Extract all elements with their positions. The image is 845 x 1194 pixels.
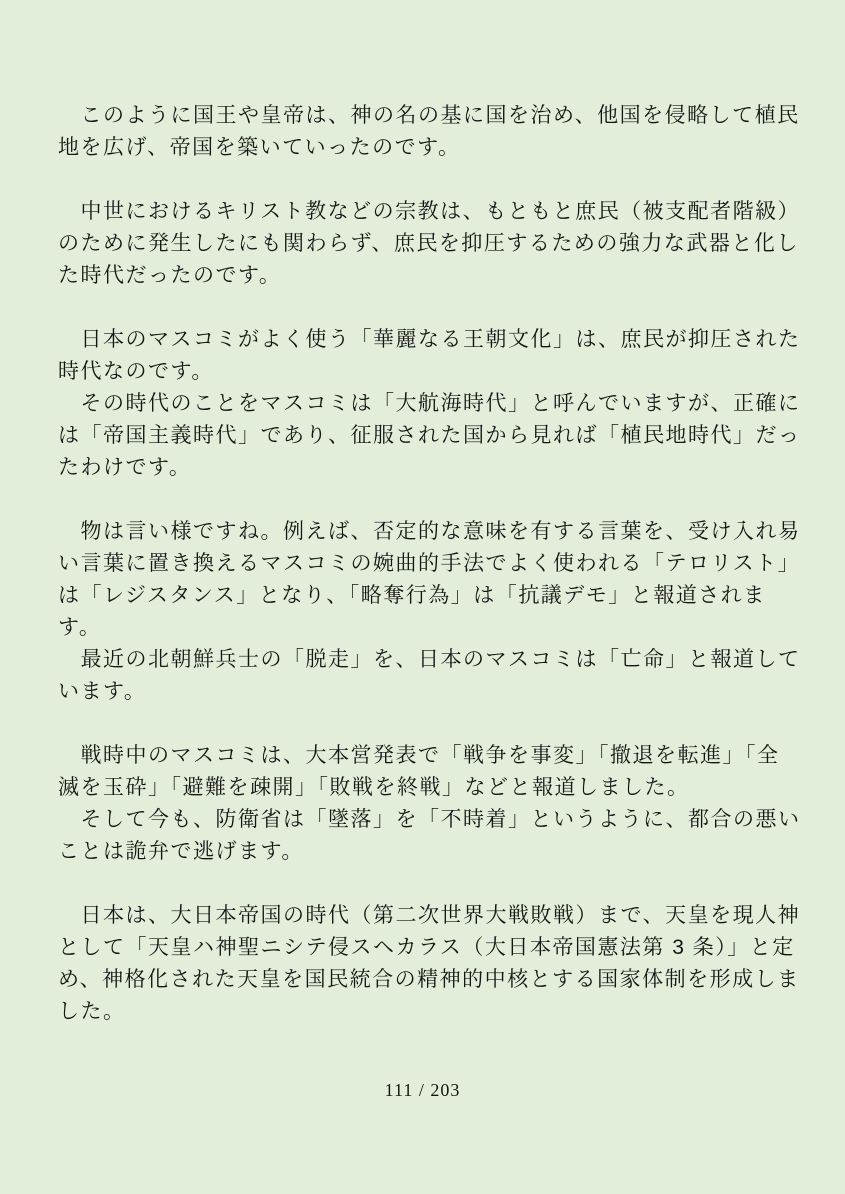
text-line: ことは詭弁で逃げます。	[58, 836, 787, 868]
text-line: め、神格化された天皇を国民統合の精神的中核とする国家体制を形成しま	[58, 964, 787, 996]
text-line: 日本は、大日本帝国の時代（第二次世界大戦敗戦）まで、天皇を現人神	[58, 900, 787, 932]
text-line: は「帝国主義時代」であり、征服された国から見れば「植民地時代」だっ	[58, 420, 787, 452]
text-block: 中世におけるキリスト教などの宗教は、もともと庶民（被支配者階級）のために発生した…	[58, 196, 787, 292]
text-line: 中世におけるキリスト教などの宗教は、もともと庶民（被支配者階級）	[58, 196, 787, 228]
paragraph: 最近の北朝鮮兵士の「脱走」を、日本のマスコミは「亡命」と報道しています。	[58, 644, 787, 708]
text-line: い言葉に置き換えるマスコミの婉曲的手法でよく使われる「テロリスト」	[58, 548, 787, 580]
text-line: た時代だったのです。	[58, 260, 787, 292]
text-line: として「天皇ハ神聖ニシテ侵スヘカラス（大日本帝国憲法第 3 条）」と定	[58, 932, 787, 964]
text-line: たわけです。	[58, 452, 787, 484]
text-line: 最近の北朝鮮兵士の「脱走」を、日本のマスコミは「亡命」と報道して	[58, 644, 787, 676]
text-line: 物は言い様ですね。例えば、否定的な意味を有する言葉を、受け入れ易	[58, 516, 787, 548]
page-text: このように国王や皇帝は、神の名の基に国を治め、他国を侵略して植民地を広げ、帝国を…	[58, 100, 787, 1028]
text-line: 時代なのです。	[58, 356, 787, 388]
text-line: その時代のことをマスコミは「大航海時代」と呼んでいますが、正確に	[58, 388, 787, 420]
paragraph: このように国王や皇帝は、神の名の基に国を治め、他国を侵略して植民地を広げ、帝国を…	[58, 100, 787, 164]
text-block: このように国王や皇帝は、神の名の基に国を治め、他国を侵略して植民地を広げ、帝国を…	[58, 100, 787, 164]
text-line: 戦時中のマスコミは、大本営発表で「戦争を事変」「撤退を転進」「全	[58, 740, 787, 772]
text-block: 戦時中のマスコミは、大本営発表で「戦争を事変」「撤退を転進」「全滅を玉砕」「避難…	[58, 740, 787, 868]
text-line: 滅を玉砕」「避難を疎開」「敗戦を終戦」などと報道しました。	[58, 772, 787, 804]
text-line: そして今も、防衛省は「墜落」を「不時着」というように、都合の悪い	[58, 804, 787, 836]
page-number: 111 / 203	[0, 1080, 845, 1101]
text-line: は「レジスタンス」となり、「略奪行為」は「抗議デモ」と報道されま	[58, 580, 787, 612]
text-line: した。	[58, 996, 787, 1028]
paragraph: 中世におけるキリスト教などの宗教は、もともと庶民（被支配者階級）のために発生した…	[58, 196, 787, 292]
text-line: す。	[58, 612, 787, 644]
text-line: 地を広げ、帝国を築いていったのです。	[58, 132, 787, 164]
text-line: のために発生したにも関わらず、庶民を抑圧するための強力な武器と化し	[58, 228, 787, 260]
text-block: 日本のマスコミがよく使う「華麗なる王朝文化」は、庶民が抑圧された時代なのです。 …	[58, 324, 787, 484]
book-page: このように国王や皇帝は、神の名の基に国を治め、他国を侵略して植民地を広げ、帝国を…	[0, 0, 845, 1194]
text-line: 日本のマスコミがよく使う「華麗なる王朝文化」は、庶民が抑圧された	[58, 324, 787, 356]
paragraph: 戦時中のマスコミは、大本営発表で「戦争を事変」「撤退を転進」「全滅を玉砕」「避難…	[58, 740, 787, 804]
paragraph: そして今も、防衛省は「墜落」を「不時着」というように、都合の悪いことは詭弁で逃げ…	[58, 804, 787, 868]
text-block: 物は言い様ですね。例えば、否定的な意味を有する言葉を、受け入れ易い言葉に置き換え…	[58, 516, 787, 708]
paragraph: 日本は、大日本帝国の時代（第二次世界大戦敗戦）まで、天皇を現人神として「天皇ハ神…	[58, 900, 787, 1028]
paragraph: 物は言い様ですね。例えば、否定的な意味を有する言葉を、受け入れ易い言葉に置き換え…	[58, 516, 787, 644]
paragraph: 日本のマスコミがよく使う「華麗なる王朝文化」は、庶民が抑圧された時代なのです。	[58, 324, 787, 388]
text-line: います。	[58, 676, 787, 708]
text-line: このように国王や皇帝は、神の名の基に国を治め、他国を侵略して植民	[58, 100, 787, 132]
paragraph: その時代のことをマスコミは「大航海時代」と呼んでいますが、正確には「帝国主義時代…	[58, 388, 787, 484]
text-block: 日本は、大日本帝国の時代（第二次世界大戦敗戦）まで、天皇を現人神として「天皇ハ神…	[58, 900, 787, 1028]
